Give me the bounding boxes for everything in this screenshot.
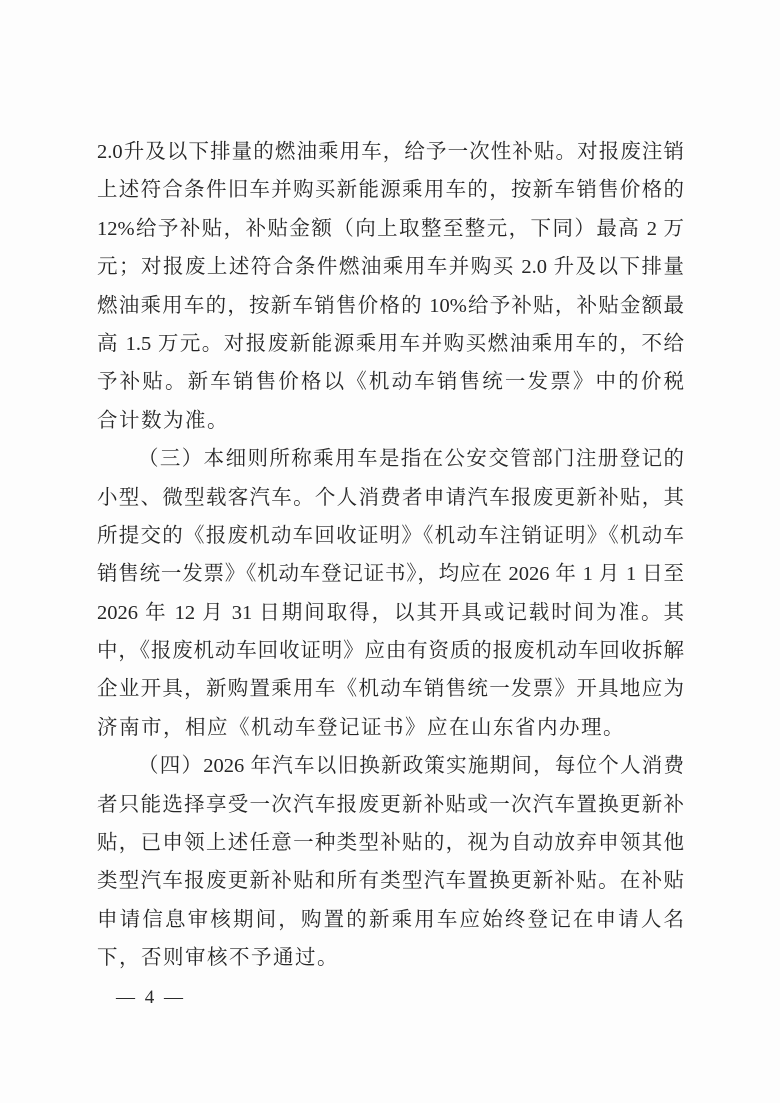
text-line: 企业开具，新购置乘用车《机动车销售统一发票》开具地应为 (97, 670, 684, 708)
text-line: 高 1.5 万元。对报废新能源乘用车并购买燃油乘用车的，不给 (97, 325, 684, 363)
text-line: 合计数为准。 (97, 402, 684, 440)
text-line: 下，否则审核不予通过。 (97, 939, 684, 977)
page-number: — 4 — (116, 986, 183, 1010)
text-line: 者只能选择享受一次汽车报废更新补贴或一次汽车置换更新补 (97, 786, 684, 824)
text-line: 12%给予补贴，补贴金额（向上取整至整元，下同）最高 2 万 (97, 210, 684, 248)
text-line: 予补贴。新车销售价格以《机动车销售统一发票》中的价税 (97, 363, 684, 401)
body-text: 2.0升及以下排量的燃油乘用车，给予一次性补贴。对报废注销 上述符合条件旧车并购… (97, 133, 684, 978)
text-line: 类型汽车报废更新补贴和所有类型汽车置换更新补贴。在补贴 (97, 862, 684, 900)
text-line: 元；对报废上述符合条件燃油乘用车并购买 2.0 升及以下排量 (97, 248, 684, 286)
text-line: （三）本细则所称乘用车是指在公安交管部门注册登记的 (97, 440, 684, 478)
document-page: 2.0升及以下排量的燃油乘用车，给予一次性补贴。对报废注销 上述符合条件旧车并购… (0, 0, 780, 1103)
text-line: 2.0升及以下排量的燃油乘用车，给予一次性补贴。对报废注销 (97, 133, 684, 171)
paragraph-item-3: （三）本细则所称乘用车是指在公安交管部门注册登记的 小型、微型载客汽车。个人消费… (97, 440, 684, 747)
text-line: 上述符合条件旧车并购买新能源乘用车的，按新车销售价格的 (97, 171, 684, 209)
text-line: 2026 年 12 月 31 日期间取得，以其开具或记载时间为准。其 (97, 594, 684, 632)
text-line: 小型、微型载客汽车。个人消费者申请汽车报废更新补贴，其 (97, 479, 684, 517)
text-line: 申请信息审核期间，购置的新乘用车应始终登记在申请人名 (97, 901, 684, 939)
text-line: 中，《报废机动车回收证明》应由有资质的报废机动车回收拆解 (97, 632, 684, 670)
text-line: 燃油乘用车的，按新车销售价格的 10%给予补贴，补贴金额最 (97, 287, 684, 325)
text-line: 济南市，相应《机动车登记证书》应在山东省内办理。 (97, 709, 684, 747)
paragraph-item-4: （四）2026 年汽车以旧换新政策实施期间，每位个人消费 者只能选择享受一次汽车… (97, 747, 684, 977)
text-line: （四）2026 年汽车以旧换新政策实施期间，每位个人消费 (97, 747, 684, 785)
text-line: 所提交的《报废机动车回收证明》《机动车注销证明》《机动车 (97, 517, 684, 555)
text-line: 贴，已申领上述任意一种类型补贴的，视为自动放弃申领其他 (97, 824, 684, 862)
text-line: 销售统一发票》《机动车登记证书》，均应在 2026 年 1 月 1 日至 (97, 555, 684, 593)
paragraph-continuation: 2.0升及以下排量的燃油乘用车，给予一次性补贴。对报废注销 上述符合条件旧车并购… (97, 133, 684, 440)
